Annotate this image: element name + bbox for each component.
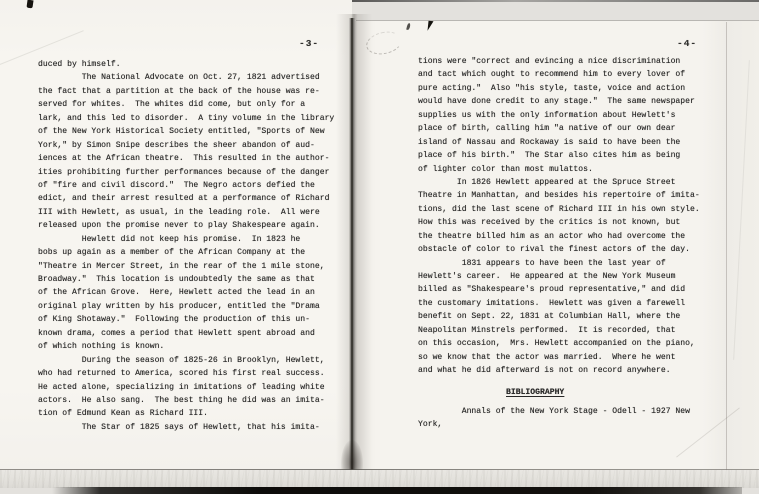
- bibliography-entry: Annals of the New York Stage - Odell - 1…: [418, 405, 690, 432]
- ink-blot: [427, 21, 433, 31]
- bibliography-heading: BIBLIOGRAPHY: [506, 386, 564, 399]
- gutter-seam: [349, 18, 355, 494]
- scanned-book-spread: -3- -4- duced by himself. The National A…: [0, 0, 759, 494]
- ink-mark-top-left: [26, 0, 33, 8]
- under-page-speckle: [0, 470, 759, 488]
- page-number-left: -3-: [299, 38, 319, 49]
- scan-bottom-black-bar: [52, 487, 742, 494]
- page-left-body-text: duced by himself. The National Advocate …: [38, 58, 334, 434]
- page-right-edge-line: [726, 22, 727, 471]
- scan-top-edge-line: [352, 0, 759, 2]
- page-right-body-text: tions were "correct and evincing a nice …: [418, 55, 700, 378]
- page-number-right: -4-: [677, 38, 697, 49]
